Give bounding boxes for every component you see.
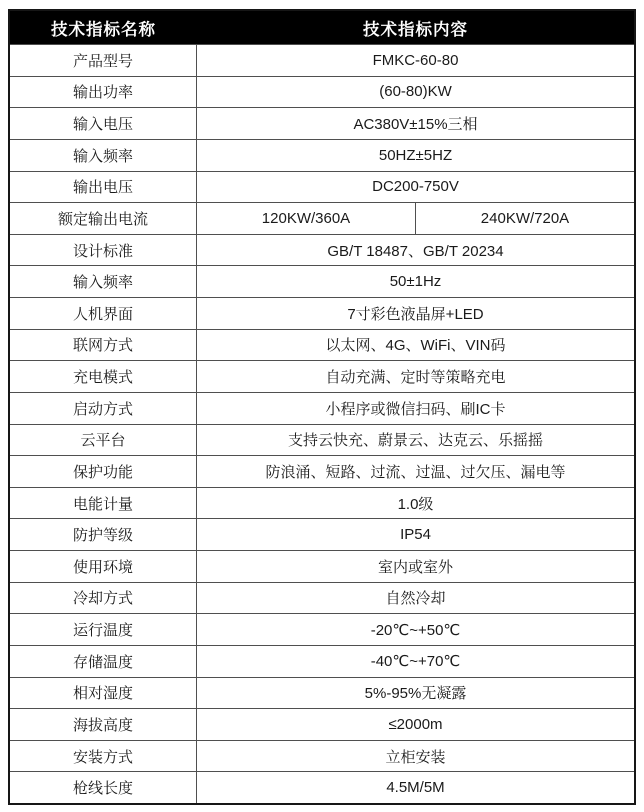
table-row: 输出电压DC200-750V xyxy=(10,171,634,203)
table-row: 防护等级IP54 xyxy=(10,518,634,550)
spec-value: 自然冷却 xyxy=(197,583,634,614)
spec-value: AC380V±15%三相 xyxy=(197,108,634,139)
spec-value: 120KW/360A xyxy=(197,203,415,234)
spec-label: 保护功能 xyxy=(10,456,197,487)
table-row: 枪线长度4.5M/5M xyxy=(10,771,634,803)
table-row: 联网方式以太网、4G、WiFi、VIN码 xyxy=(10,329,634,361)
table-row: 相对湿度5%-95%无凝露 xyxy=(10,677,634,709)
table-row: 安装方式立柜安装 xyxy=(10,740,634,772)
spec-value: IP54 xyxy=(197,519,634,550)
table-row: 人机界面7寸彩色液晶屏+LED xyxy=(10,297,634,329)
spec-value: GB/T 18487、GB/T 20234 xyxy=(197,235,634,266)
spec-label: 输入电压 xyxy=(10,108,197,139)
header-content-column: 技术指标内容 xyxy=(197,11,634,44)
spec-value: 1.0级 xyxy=(197,488,634,519)
spec-table: 技术指标名称 技术指标内容 产品型号FMKC-60-80输出功率(60-80)K… xyxy=(8,9,636,805)
table-row: 输入电压AC380V±15%三相 xyxy=(10,107,634,139)
spec-label: 相对湿度 xyxy=(10,678,197,709)
spec-label: 存储温度 xyxy=(10,646,197,677)
spec-label: 安装方式 xyxy=(10,741,197,772)
spec-value: 自动充满、定时等策略充电 xyxy=(197,361,634,392)
spec-value: 室内或室外 xyxy=(197,551,634,582)
spec-value: -20℃~+50℃ xyxy=(197,614,634,645)
spec-label: 枪线长度 xyxy=(10,772,197,803)
table-row: 输入频率50±1Hz xyxy=(10,265,634,297)
spec-label: 防护等级 xyxy=(10,519,197,550)
table-row: 输入频率50HZ±5HZ xyxy=(10,139,634,171)
spec-value: 7寸彩色液晶屏+LED xyxy=(197,298,634,329)
table-row: 存储温度-40℃~+70℃ xyxy=(10,645,634,677)
table-row: 云平台支持云快充、蔚景云、达克云、乐摇摇 xyxy=(10,424,634,456)
spec-label: 运行温度 xyxy=(10,614,197,645)
spec-label: 充电模式 xyxy=(10,361,197,392)
table-row: 充电模式自动充满、定时等策略充电 xyxy=(10,360,634,392)
table-row: 设计标准GB/T 18487、GB/T 20234 xyxy=(10,234,634,266)
spec-value: ≤2000m xyxy=(197,709,634,740)
spec-label: 输出功率 xyxy=(10,77,197,108)
table-row: 产品型号FMKC-60-80 xyxy=(10,44,634,76)
table-header: 技术指标名称 技术指标内容 xyxy=(10,11,634,44)
spec-label: 输入频率 xyxy=(10,140,197,171)
spec-value: 防浪涌、短路、过流、过温、过欠压、漏电等 xyxy=(197,456,634,487)
table-row: 海拔高度≤2000m xyxy=(10,708,634,740)
table-row: 运行温度-20℃~+50℃ xyxy=(10,613,634,645)
spec-value: 以太网、4G、WiFi、VIN码 xyxy=(197,330,634,361)
spec-value: 50HZ±5HZ xyxy=(197,140,634,171)
spec-value: 240KW/720A xyxy=(415,203,634,234)
table-row: 额定输出电流120KW/360A240KW/720A xyxy=(10,202,634,234)
spec-value: 小程序或微信扫码、刷IC卡 xyxy=(197,393,634,424)
spec-label: 海拔高度 xyxy=(10,709,197,740)
spec-value: 5%-95%无凝露 xyxy=(197,678,634,709)
spec-rows: 产品型号FMKC-60-80输出功率(60-80)KW输入电压AC380V±15… xyxy=(10,44,634,803)
spec-label: 使用环境 xyxy=(10,551,197,582)
table-row: 冷却方式自然冷却 xyxy=(10,582,634,614)
spec-label: 设计标准 xyxy=(10,235,197,266)
table-row: 启动方式小程序或微信扫码、刷IC卡 xyxy=(10,392,634,424)
table-row: 电能计量1.0级 xyxy=(10,487,634,519)
spec-value: 50±1Hz xyxy=(197,266,634,297)
spec-value: 立柜安装 xyxy=(197,741,634,772)
table-row: 输出功率(60-80)KW xyxy=(10,76,634,108)
spec-label: 额定输出电流 xyxy=(10,203,197,234)
spec-label: 启动方式 xyxy=(10,393,197,424)
table-row: 保护功能防浪涌、短路、过流、过温、过欠压、漏电等 xyxy=(10,455,634,487)
spec-value: -40℃~+70℃ xyxy=(197,646,634,677)
header-name-column: 技术指标名称 xyxy=(10,11,197,44)
spec-value: DC200-750V xyxy=(197,172,634,203)
spec-value: 4.5M/5M xyxy=(197,772,634,803)
spec-label: 联网方式 xyxy=(10,330,197,361)
table-row: 使用环境室内或室外 xyxy=(10,550,634,582)
spec-label: 输出电压 xyxy=(10,172,197,203)
spec-value: (60-80)KW xyxy=(197,77,634,108)
spec-label: 输入频率 xyxy=(10,266,197,297)
spec-label: 电能计量 xyxy=(10,488,197,519)
spec-label: 云平台 xyxy=(10,425,197,456)
spec-label: 冷却方式 xyxy=(10,583,197,614)
spec-value: FMKC-60-80 xyxy=(197,45,634,76)
spec-label: 产品型号 xyxy=(10,45,197,76)
spec-value: 支持云快充、蔚景云、达克云、乐摇摇 xyxy=(197,425,634,456)
spec-label: 人机界面 xyxy=(10,298,197,329)
